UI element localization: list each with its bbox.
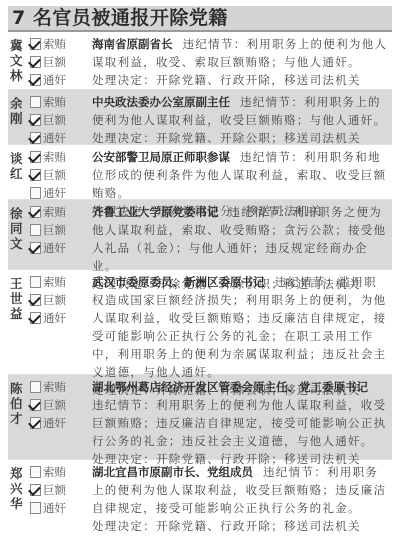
checkbox-label: 索贿 <box>43 149 66 165</box>
name-char: 余 <box>10 96 24 111</box>
checkbox-label: 索贿 <box>43 464 66 480</box>
name-char: 世 <box>10 291 24 306</box>
checked-box-icon <box>30 484 41 496</box>
official-name: 谈红 <box>8 148 24 196</box>
official-name: 郑兴华 <box>8 463 24 538</box>
checkbox-label: 巨额 <box>43 222 66 238</box>
checkbox-item: 索贿 <box>30 463 92 481</box>
checkbox-item: 通奸 <box>30 309 92 327</box>
empty-box-icon <box>30 96 41 108</box>
decision-text: 处理决定：开除党籍、开除公职；移送司法机关 <box>92 129 388 147</box>
official-entry: 王世益索贿巨额通奸武汉市委原委员、新洲区委原书记违纪情节：滥用职权造成国家巨额经… <box>8 270 392 375</box>
checkbox-label: 巨额 <box>43 167 66 183</box>
checkbox-item: 巨额 <box>30 111 92 129</box>
checked-box-icon <box>30 206 41 218</box>
checkbox-label: 索贿 <box>43 379 66 395</box>
name-char: 红 <box>10 166 24 181</box>
checkbox-item: 通奸 <box>30 71 92 89</box>
official-entry: 余刚索贿巨额通奸中央政法委办公室原副主任违纪情节：利用职务上的便利为他人谋取利益… <box>8 90 392 145</box>
empty-box-icon <box>30 381 41 393</box>
checked-box-icon <box>30 312 41 324</box>
official-details: 武汉市委原委员、新洲区委原书记违纪情节：滥用职权造成国家巨额经济损失；利用职务上… <box>92 273 392 371</box>
name-char: 谈 <box>10 151 24 166</box>
violation-checklist: 索贿巨额通奸 <box>24 93 92 141</box>
official-position: 公安部警卫局原正师职参谋 <box>92 150 230 164</box>
name-char: 陈 <box>10 381 24 396</box>
checkbox-label: 通奸 <box>43 500 66 516</box>
name-char: 文 <box>10 53 24 68</box>
checkbox-label: 通奸 <box>43 415 66 431</box>
checked-box-icon <box>30 399 41 411</box>
decision-text: 处理决定：开除党籍、行政开除；移送司法机关 <box>92 517 388 535</box>
decision-text: 处理决定：开除党籍、行政开除，移送司法机关 <box>92 71 388 89</box>
official-position: 海南省原副省长 <box>92 37 173 51</box>
empty-box-icon <box>30 466 41 478</box>
checked-box-icon <box>30 242 41 254</box>
violation-checklist: 索贿巨额通奸 <box>24 148 92 196</box>
official-details: 公安部警卫局原正师职参谋违纪情节：利用职务和地位形成的便利条件为他人谋取利益，索… <box>92 148 392 196</box>
violation-checklist: 索贿巨额通奸 <box>24 273 92 371</box>
checkbox-label: 通奸 <box>43 310 66 326</box>
checkbox-item: 索贿 <box>30 148 92 166</box>
name-char: 伯 <box>10 396 24 411</box>
checkbox-item: 索贿 <box>30 203 92 221</box>
checkbox-label: 通奸 <box>43 185 66 201</box>
official-name: 余刚 <box>8 93 24 141</box>
checked-box-icon <box>30 151 41 163</box>
name-char: 冀 <box>10 38 24 53</box>
violation-checklist: 索贿巨额通奸 <box>24 203 92 266</box>
name-char: 徐 <box>10 206 24 221</box>
checkbox-label: 巨额 <box>43 397 66 413</box>
checkbox-label: 索贿 <box>43 274 66 290</box>
violation-checklist: 索贿巨额通奸 <box>24 378 92 456</box>
official-position: 武汉市委原委员、新洲区委原书记 <box>92 275 265 289</box>
checkbox-item: 巨额 <box>30 481 92 499</box>
checkbox-item: 巨额 <box>30 166 92 184</box>
official-details: 中央政法委办公室原副主任违纪情节：利用职务上的便利为他人谋取利益，收受巨额贿赂；… <box>92 93 392 141</box>
checkbox-item: 索贿 <box>30 93 92 111</box>
name-char: 文 <box>10 236 24 251</box>
checkbox-label: 巨额 <box>43 292 66 308</box>
checked-box-icon <box>30 132 41 144</box>
checkbox-item: 巨额 <box>30 53 92 71</box>
official-details: 湖北鄂州葛店经济开发区管委会原主任、党工委原书记违纪情节：利用职务上的便利为他人… <box>92 378 392 456</box>
officials-list: 冀文林索贿巨额通奸海南省原副省长违纪情节：利用职务上的便利为他人谋取利益，收受、… <box>8 32 392 538</box>
checkbox-label: 通奸 <box>43 72 66 88</box>
checkbox-label: 索贿 <box>43 94 66 110</box>
checkbox-label: 巨额 <box>43 482 66 498</box>
official-name: 徐同文 <box>8 203 24 266</box>
name-char: 同 <box>10 221 24 236</box>
name-char: 华 <box>10 496 24 511</box>
official-position: 齐鲁工业大学原党委书记 <box>92 205 219 219</box>
name-char: 林 <box>10 68 24 83</box>
empty-box-icon <box>30 276 41 288</box>
name-char: 兴 <box>10 481 24 496</box>
official-entry: 谈红索贿巨额通奸公安部警卫局原正师职参谋违纪情节：利用职务和地位形成的便利条件为… <box>8 145 392 200</box>
official-details: 海南省原副省长违纪情节：利用职务上的便利为他人谋取利益，收受、索取巨额贿赂；与他… <box>92 35 392 86</box>
checkbox-item: 通奸 <box>30 184 92 202</box>
official-position: 湖北宜昌市原副市长、党组成员 <box>92 465 253 479</box>
violation-checklist: 索贿巨额通奸 <box>24 463 92 538</box>
checkbox-label: 通奸 <box>43 240 66 256</box>
checkbox-item: 索贿 <box>30 273 92 291</box>
checked-box-icon <box>30 74 41 86</box>
name-char: 益 <box>10 306 24 321</box>
checkbox-label: 巨额 <box>43 112 66 128</box>
official-entry: 陈伯才索贿巨额通奸湖北鄂州葛店经济开发区管委会原主任、党工委原书记违纪情节：利用… <box>8 375 392 460</box>
checkbox-item: 巨额 <box>30 291 92 309</box>
official-position: 湖北鄂州葛店经济开发区管委会原主任、党工委原书记 <box>92 380 368 394</box>
checkbox-item: 通奸 <box>30 129 92 147</box>
empty-box-icon <box>30 224 41 236</box>
checked-box-icon <box>30 169 41 181</box>
checkbox-label: 通奸 <box>43 130 66 146</box>
violation-text: 违纪情节：利用职务上的便利为他人谋取利益，收受巨额贿赂；违反廉洁自律规定，接受可… <box>92 398 386 448</box>
official-name: 陈伯才 <box>8 378 24 456</box>
news-graphic: 7 名官员被通报开除党籍 冀文林索贿巨额通奸海南省原副省长违纪情节：利用职务上的… <box>8 6 392 538</box>
checked-box-icon <box>30 114 41 126</box>
page-title: 7 名官员被通报开除党籍 <box>8 6 392 32</box>
official-entry: 冀文林索贿巨额通奸海南省原副省长违纪情节：利用职务上的便利为他人谋取利益，收受、… <box>8 32 392 90</box>
violation-checklist: 索贿巨额通奸 <box>24 35 92 86</box>
checkbox-label: 索贿 <box>43 36 66 52</box>
official-name: 王世益 <box>8 273 24 371</box>
empty-box-icon <box>30 502 41 514</box>
checkbox-label: 索贿 <box>43 204 66 220</box>
checkbox-item: 通奸 <box>30 239 92 257</box>
checkbox-item: 巨额 <box>30 221 92 239</box>
checked-box-icon <box>30 56 41 68</box>
checkbox-label: 巨额 <box>43 54 66 70</box>
empty-box-icon <box>30 187 41 199</box>
name-char: 王 <box>10 276 24 291</box>
checkbox-item: 索贿 <box>30 35 92 53</box>
official-position: 中央政法委办公室原副主任 <box>92 95 230 109</box>
name-char: 刚 <box>10 111 24 126</box>
checkbox-item: 巨额 <box>30 396 92 414</box>
name-char: 郑 <box>10 466 24 481</box>
official-name: 冀文林 <box>8 35 24 86</box>
checkbox-item: 通奸 <box>30 499 92 517</box>
official-details: 齐鲁工业大学原党委书记违纪情节：利用职务之便为他人谋取利益，索取、收受贿赂；贪污… <box>92 203 392 266</box>
checked-box-icon <box>30 38 41 50</box>
checkbox-item: 通奸 <box>30 414 92 432</box>
name-char: 才 <box>10 411 24 426</box>
official-entry: 徐同文索贿巨额通奸齐鲁工业大学原党委书记违纪情节：利用职务之便为他人谋取利益，索… <box>8 200 392 270</box>
official-details: 湖北宜昌市原副市长、党组成员违纪情节：利用职务上的便利为他人谋取利益，收受巨额贿… <box>92 463 392 538</box>
violation-text: 违纪情节：滥用职权造成国家巨额经济损失；利用职务上的便利，为他人谋取利益，收受巨… <box>92 275 386 379</box>
checked-box-icon <box>30 417 41 429</box>
checked-box-icon <box>30 294 41 306</box>
checkbox-item: 索贿 <box>30 378 92 396</box>
official-entry: 郑兴华索贿巨额通奸湖北宜昌市原副市长、党组成员违纪情节：利用职务上的便利为他人谋… <box>8 460 392 538</box>
